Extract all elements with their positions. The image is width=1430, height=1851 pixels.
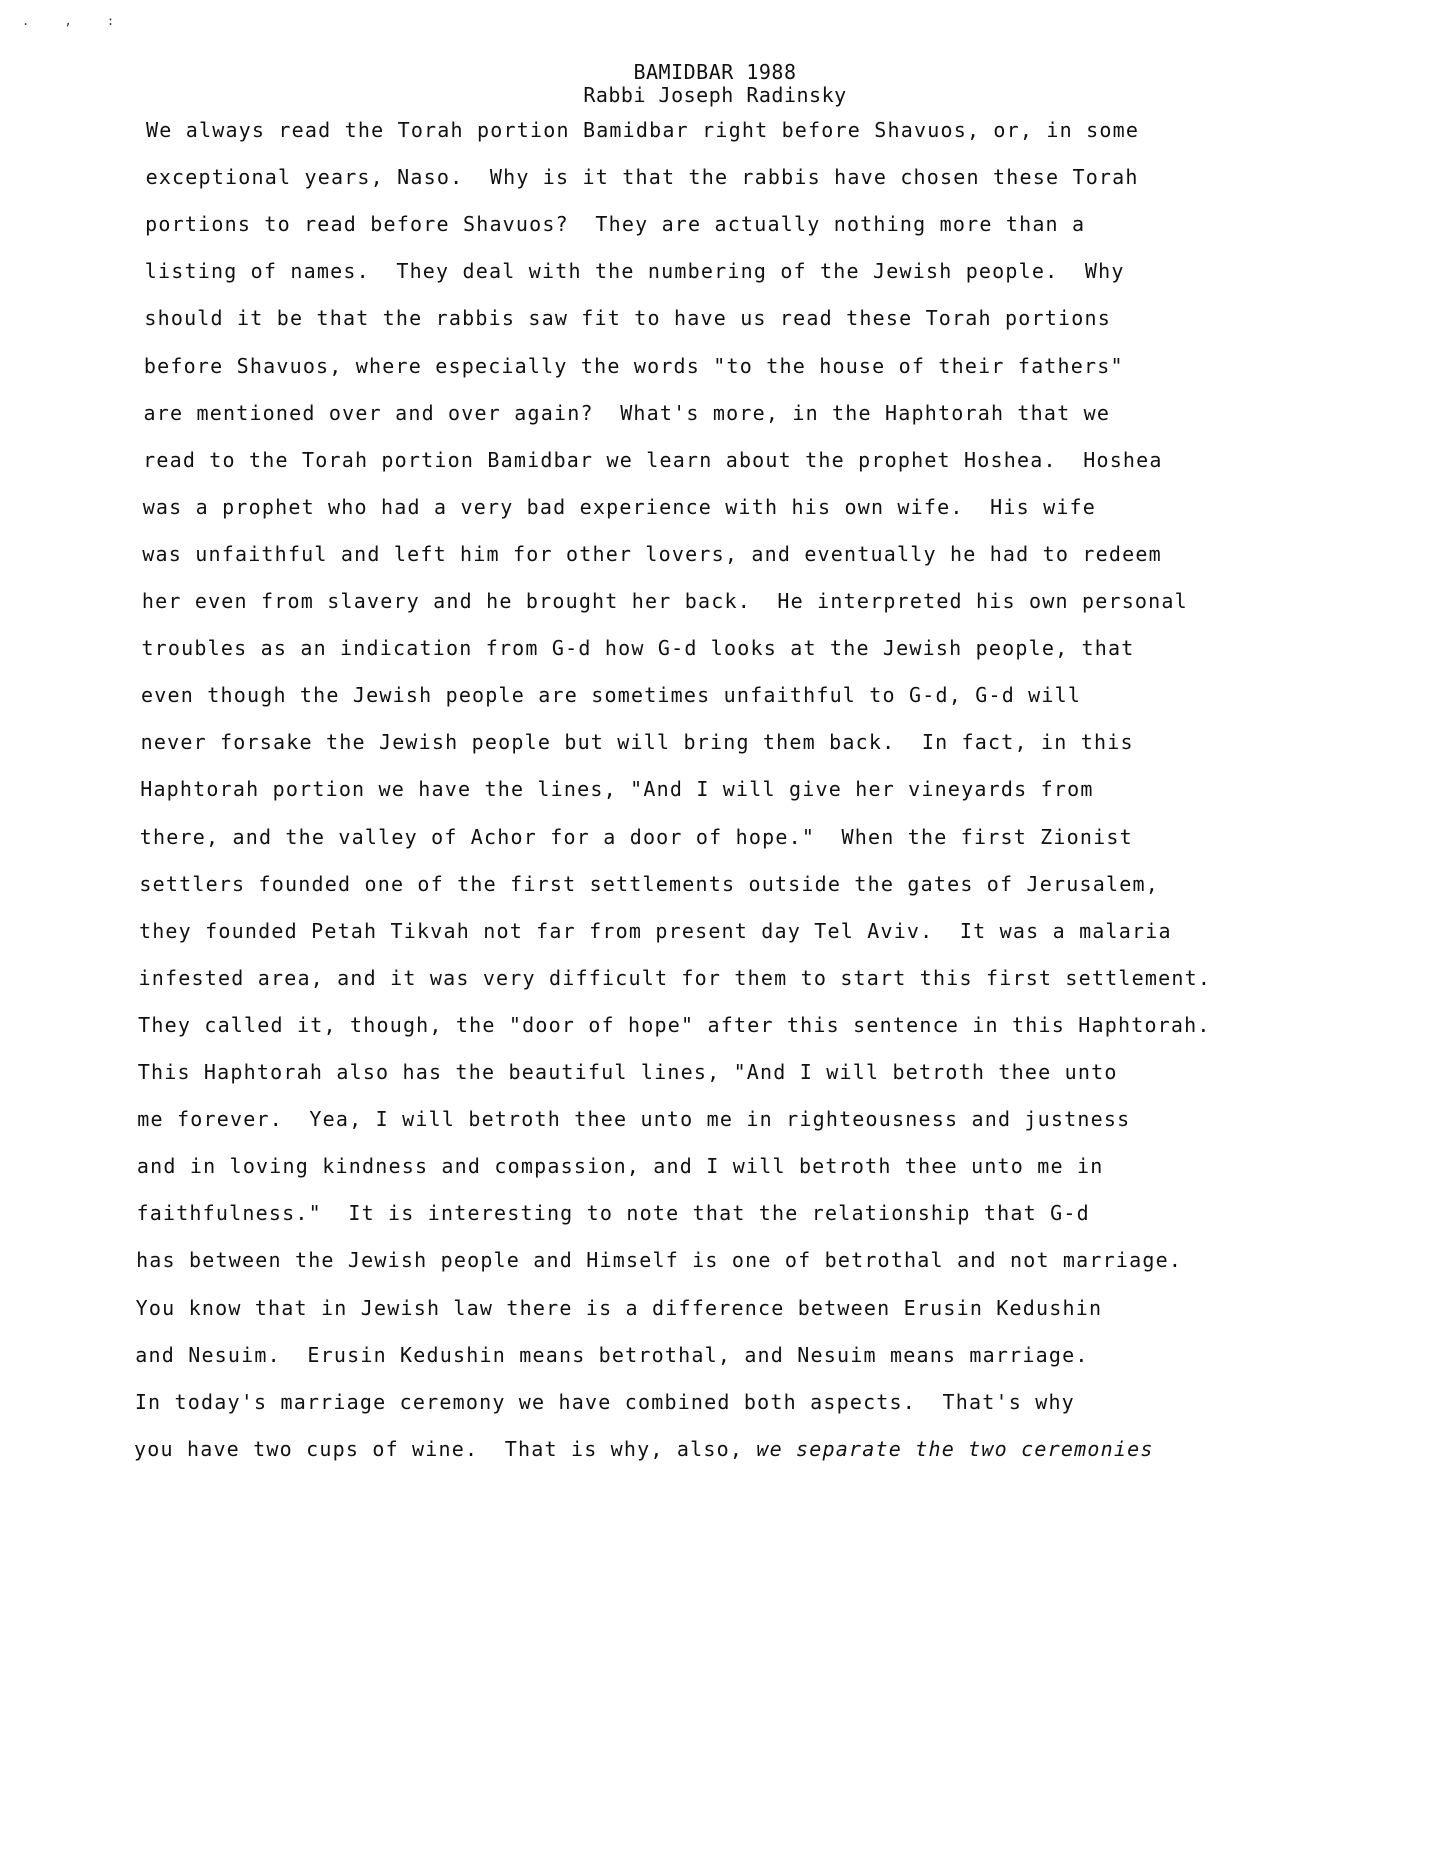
body-line: In today's marriage ceremony we have com… — [135, 1390, 1075, 1414]
document-author: Rabbi Joseph Radinsky — [0, 83, 1430, 107]
body-line: You know that in Jewish law there is a d… — [136, 1296, 1103, 1320]
body-line: even though the Jewish people are someti… — [141, 683, 1081, 707]
body-line: was a prophet who had a very bad experie… — [143, 495, 1096, 519]
body-line: has between the Jewish people and Himsel… — [136, 1248, 1182, 1272]
document-page: . , : BAMIDBAR 1988 Rabbi Joseph Radinsk… — [0, 0, 1430, 1851]
body-line-last: you have two cups of wine. That is why, … — [134, 1437, 1154, 1461]
body-line: me forever. Yea, I will betroth thee unt… — [137, 1107, 1130, 1131]
body-line: Haphtorah portion we have the lines, "An… — [140, 777, 1093, 801]
body-line: never forsake the Jewish people but will… — [141, 730, 1134, 754]
body-line-regular: you have two cups of wine. That is why, … — [134, 1437, 756, 1461]
body-line: they founded Petah Tikvah not far from p… — [139, 919, 1172, 943]
body-line: listing of names. They deal with the num… — [145, 259, 1125, 283]
body-line: exceptional years, Naso. Why is it that … — [146, 165, 1139, 189]
body-line: should it be that the rabbis saw fit to … — [144, 306, 1111, 330]
body-line: and in loving kindness and compassion, a… — [137, 1154, 1104, 1178]
body-line: settlers founded one of the first settle… — [139, 872, 1159, 896]
body-line: was unfaithful and left him for other lo… — [142, 542, 1162, 566]
body-line: and Nesuim. Erusin Kedushin means betrot… — [135, 1343, 1088, 1367]
body-line: are mentioned over and over again? What'… — [144, 401, 1111, 425]
scan-marks: . , : — [22, 14, 128, 28]
document-title: BAMIDBAR 1988 — [0, 60, 1430, 84]
body-line: read to the Torah portion Bamidbar we le… — [143, 448, 1163, 472]
body-line: This Haphtorah also has the beautiful li… — [138, 1060, 1118, 1084]
body-line: infested area, and it was very difficult… — [139, 966, 1212, 990]
body-line: portions to read before Shavuos? They ar… — [145, 212, 1085, 236]
body-line: faithfulness." It is interesting to note… — [136, 1201, 1089, 1225]
body-line: her even from slavery and he brought her… — [142, 589, 1188, 613]
body-line-italic: we separate the two ceremonies — [756, 1437, 1153, 1461]
body-line: there, and the valley of Achor for a doo… — [140, 825, 1133, 849]
body-line: They called it, though, the "door of hop… — [138, 1013, 1211, 1037]
body-line: We always read the Torah portion Bamidba… — [146, 118, 1139, 142]
body-line: troubles as an indication from G-d how G… — [141, 636, 1134, 660]
body-line: before Shavuos, where especially the wor… — [144, 354, 1124, 378]
